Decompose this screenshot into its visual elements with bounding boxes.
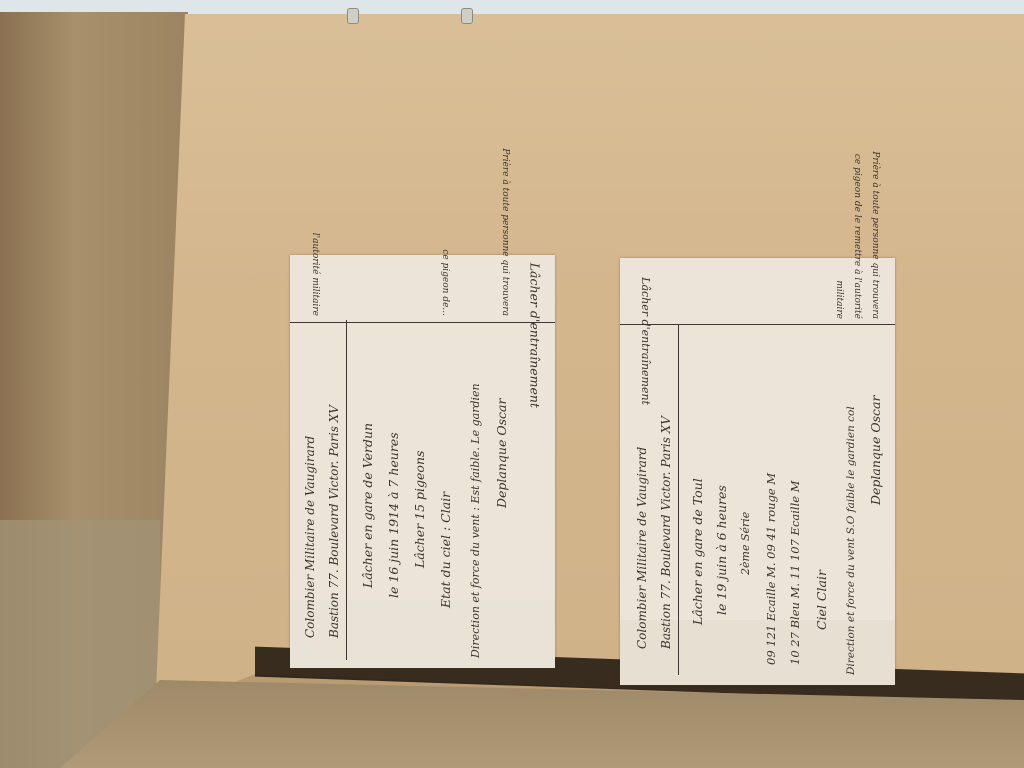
card-footer-divider bbox=[620, 324, 895, 325]
release-date: le 19 juin à 6 heures bbox=[716, 485, 729, 615]
keeper-signature: Deplanque Oscar bbox=[870, 396, 883, 505]
training-note: Lâcher d'entraînement bbox=[640, 277, 651, 405]
release-place: Lâcher en gare de Verdun bbox=[362, 423, 375, 588]
footer-note-3: l'autorité militaire bbox=[310, 233, 319, 316]
bird-list-1: 09 121 Ecaille M. 09 41 rouge M bbox=[766, 473, 778, 665]
footer-note-1: Prière à toute personne qui trouvera bbox=[500, 148, 509, 316]
footer-note-2: ce pigeon de... bbox=[440, 249, 449, 316]
wind-direction: Direction et force du vent : Est faible.… bbox=[470, 383, 481, 658]
sky-state: Etat du ciel : Clair bbox=[440, 492, 453, 608]
bird-list-2: 10 27 Bleu M. 11 107 Ecaille M bbox=[790, 480, 802, 665]
footer-note-1: Prière à toute personne qui trouvera bbox=[870, 151, 879, 319]
training-note: Lâcher d'entraînement bbox=[528, 263, 541, 408]
card-divider bbox=[678, 325, 679, 675]
pigeon-card-verdun: Colombier Militaire de Vaugirard Bastion… bbox=[290, 255, 555, 668]
card-header-line2: Bastion 77. Boulevard Victor. Paris XV bbox=[660, 416, 672, 649]
card-header-line1: Colombier Militaire de Vaugirard bbox=[636, 447, 648, 649]
release-date: le 16 juin 1914 à 7 heures bbox=[388, 432, 401, 598]
sky-state: Ciel Clair bbox=[816, 570, 829, 630]
keeper-signature: Deplanque Oscar bbox=[496, 399, 509, 508]
pin-icon bbox=[461, 8, 473, 24]
footer-note-3: militaire bbox=[834, 280, 843, 319]
release-place: Lâcher en gare de Toul bbox=[692, 478, 705, 625]
card-header-line2: Bastion 77. Boulevard Victor. Paris XV bbox=[328, 405, 340, 638]
pin-icon bbox=[347, 8, 359, 24]
footer-note-2: ce pigeon de le remettre à l'autorité bbox=[852, 154, 861, 319]
series: 2ème Série bbox=[740, 512, 751, 575]
card-footer-divider bbox=[290, 322, 555, 323]
release-count: Lâcher 15 pigeons bbox=[414, 451, 427, 568]
pigeon-card-toul: Colombier Militaire de Vaugirard Bastion… bbox=[620, 258, 895, 685]
card-header-line1: Colombier Militaire de Vaugirard bbox=[304, 436, 316, 638]
card-divider bbox=[346, 320, 347, 660]
wind-direction: Direction et force du vent S.O faible le… bbox=[846, 406, 857, 675]
